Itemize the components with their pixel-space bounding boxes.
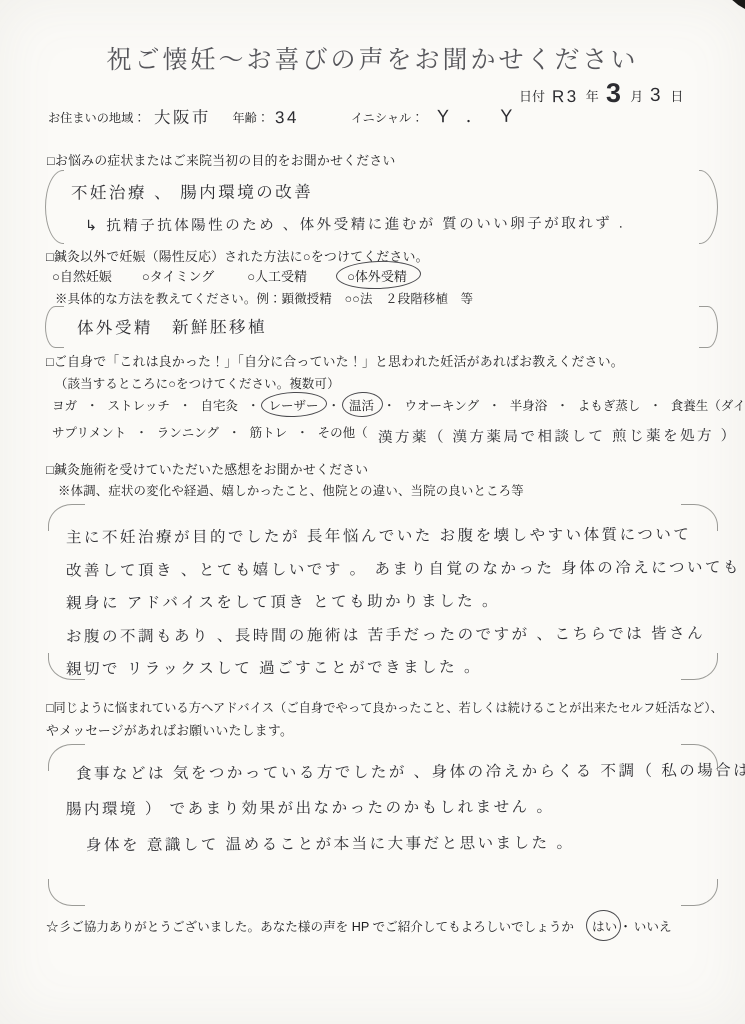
initial-value: Y ． Y <box>437 102 519 128</box>
q3-heading: □ご自身で「これは良かった！」「自分に合っていた！」と思われた妊活があればお教え… <box>46 351 624 370</box>
option-laser-circled: レーザー <box>268 396 318 414</box>
corner-mark <box>681 879 718 906</box>
q4-line-4: お腹の不調もあり 、長時間の施術は 苦手だったのですが 、こちらでは 皆さん <box>66 621 705 646</box>
initial-label: イニシャル： <box>351 109 423 128</box>
q5-heading-line2: やメッセージがあればお願いいたします。 <box>46 720 293 739</box>
q4-line-3: 親身に アドバイスをして頂き とても助かりました 。 <box>66 589 500 613</box>
q2-note: ※具体的な方法を教えてください。例：顕微授精 ○○法 ２段階移植 等 <box>55 289 473 307</box>
footer-yes-circled: はい <box>592 916 617 935</box>
date-prefix-label: 日付 <box>519 86 545 107</box>
option-stretch: ストレッチ <box>108 396 170 414</box>
option-separator: ・ <box>547 396 578 414</box>
right-bracket-mark <box>699 306 718 348</box>
option-separator: ・ <box>170 396 201 414</box>
option-separator: ・ <box>287 423 318 441</box>
q1-answer-line1: 不妊治療 、 腸内環境の改善 <box>71 178 313 203</box>
q2-answer-value: 体外受精 新鮮胚移植 <box>77 314 267 339</box>
date-day-unit: 日 <box>670 86 683 107</box>
option-muscle-training: 筋トレ <box>250 423 288 441</box>
footer-no: いいえ <box>634 916 672 935</box>
q5-line-3: 身体を 意識して 温めることが本当に大事だと思いました 。 <box>86 831 575 856</box>
footer-choice-separator: ・ <box>619 916 632 935</box>
option-separator: ・ <box>640 396 671 414</box>
q4-line-2: 改善して頂き 、とても嬉しいです 。 あまり自覚のなかった 身体の冷えについても <box>66 555 741 581</box>
q5-heading-line1: □同じように悩まれている方へアドバイス（ご自身でやって良かったこと、若しくは続け… <box>46 698 723 716</box>
option-separator: ・ <box>479 396 510 414</box>
profile-row: お住まいの地域： 大阪市 年齢： 34 イニシャル： Y ． Y <box>48 102 519 128</box>
option-other-open: その他（ <box>318 423 368 441</box>
option-timing: ○タイミング <box>142 266 214 285</box>
q5-line-1: 食事などは 気をつかっている方でしたが 、身体の冷えからくる 不調（ 私の場合は <box>76 758 745 784</box>
corner-mark <box>48 879 85 906</box>
q4-subnote: ※体調、症状の変化や経過、嬉しかったこと、他院との違い、当院の良いところ等 <box>58 481 524 499</box>
q3-options-row2: サプリメント ・ ランニング ・ 筋トレ ・ その他（ 漢方薬（ 漢方薬局で相談… <box>52 421 745 442</box>
option-yoga: ヨガ <box>52 396 77 414</box>
region-label: お住まいの地域： <box>48 109 146 128</box>
option-running: ランニング <box>157 423 219 441</box>
age-label: 年齢： <box>233 109 270 128</box>
footer-thanks-text: ☆彡ご協力ありがとうございました。あなた様の声を HP でご紹介してもよろしいで… <box>46 916 574 935</box>
q4-answer-area: 主に不妊治療が目的でしたが 長年悩んでいた お腹を壊しやすい体質について 改善し… <box>48 504 718 680</box>
option-artificial-insemination: ○人工受精 <box>247 266 307 285</box>
q5-line-2: 腸内環境 ） であまり効果が出なかったのかもしれません 。 <box>66 795 555 820</box>
option-natural-pregnancy: ○自然妊娠 <box>52 266 112 285</box>
left-bracket-mark <box>45 170 64 244</box>
option-diet: 食養生（ダイエット） <box>671 396 745 414</box>
q4-line-1: 主に不妊治療が目的でしたが 長年悩んでいた お腹を壊しやすい体質について <box>66 522 691 547</box>
q4-line-5: 親切で リラックスして 過ごすことができました 。 <box>66 655 482 679</box>
option-separator: ・ <box>126 423 157 441</box>
date-year-value: R3 <box>552 87 579 107</box>
option-ivf-circled: ○体外受精 <box>347 266 407 285</box>
q1-answer-area: 不妊治療 、 腸内環境の改善 ↳ 抗精子抗体陽性のため 、体外受精に進むが 質の… <box>45 170 718 244</box>
corner-mark <box>681 653 718 680</box>
q3-other-value: 漢方薬（ 漢方薬局で相談して 煎じ薬を処方 ） <box>378 424 738 447</box>
date-month-unit: 月 <box>630 86 643 107</box>
q2-options-row: ○自然妊娠 ○タイミング ○人工受精 ○体外受精 <box>52 266 407 285</box>
option-walking: ウオーキング <box>405 396 480 414</box>
form-title: 祝ご懐妊～お喜びの声をお聞かせください <box>0 40 745 76</box>
age-value: 34 <box>275 108 299 128</box>
q1-answer-line2: ↳ 抗精子抗体陽性のため 、体外受精に進むが 質のいい卵子が取れず . <box>85 212 625 236</box>
q2-answer-area: 体外受精 新鮮胚移植 <box>45 306 718 348</box>
region-value: 大阪市 <box>153 104 210 128</box>
right-bracket-mark <box>699 170 718 244</box>
q3-options-row1: ヨガ ・ ストレッチ ・ 自宅灸 ・ レーザー ・ 温活 ・ ウオーキング ・ … <box>52 396 745 414</box>
q5-answer-area: 食事などは 気をつかっている方でしたが 、身体の冷えからくる 不調（ 私の場合は… <box>48 744 718 906</box>
option-yomogi-steam: よもぎ蒸し <box>578 396 641 414</box>
option-separator: ・ <box>77 396 108 414</box>
q4-heading: □鍼灸施術を受けていただいた感想をお聞かせください <box>46 459 368 478</box>
scanned-questionnaire-page: 祝ご懐妊～お喜びの声をお聞かせください 日付 R3 年 3 月 3 日 お住まい… <box>0 0 745 1024</box>
option-separator: ・ <box>219 423 250 441</box>
option-supplement: サプリメント <box>52 423 126 441</box>
option-half-bath: 半身浴 <box>510 396 548 414</box>
date-row: 日付 R3 年 3 月 3 日 <box>519 80 683 107</box>
left-bracket-mark <box>45 306 64 348</box>
date-month-value: 3 <box>606 80 624 107</box>
q1-heading: □お悩みの症状またはご来院当初の目的をお聞かせください <box>47 150 396 169</box>
scan-artifact-corner <box>730 0 745 9</box>
date-year-unit: 年 <box>586 86 599 107</box>
footer-row: ☆彡ご協力ありがとうございました。あなた様の声を HP でご紹介してもよろしいで… <box>46 916 672 935</box>
option-onkatsu-circled: 温活 <box>349 396 374 414</box>
date-day-value: 3 <box>650 85 663 107</box>
q3-subnote: （該当するところに○をつけてください。複数可） <box>55 374 340 392</box>
option-home-moxa: 自宅灸 <box>200 396 238 414</box>
